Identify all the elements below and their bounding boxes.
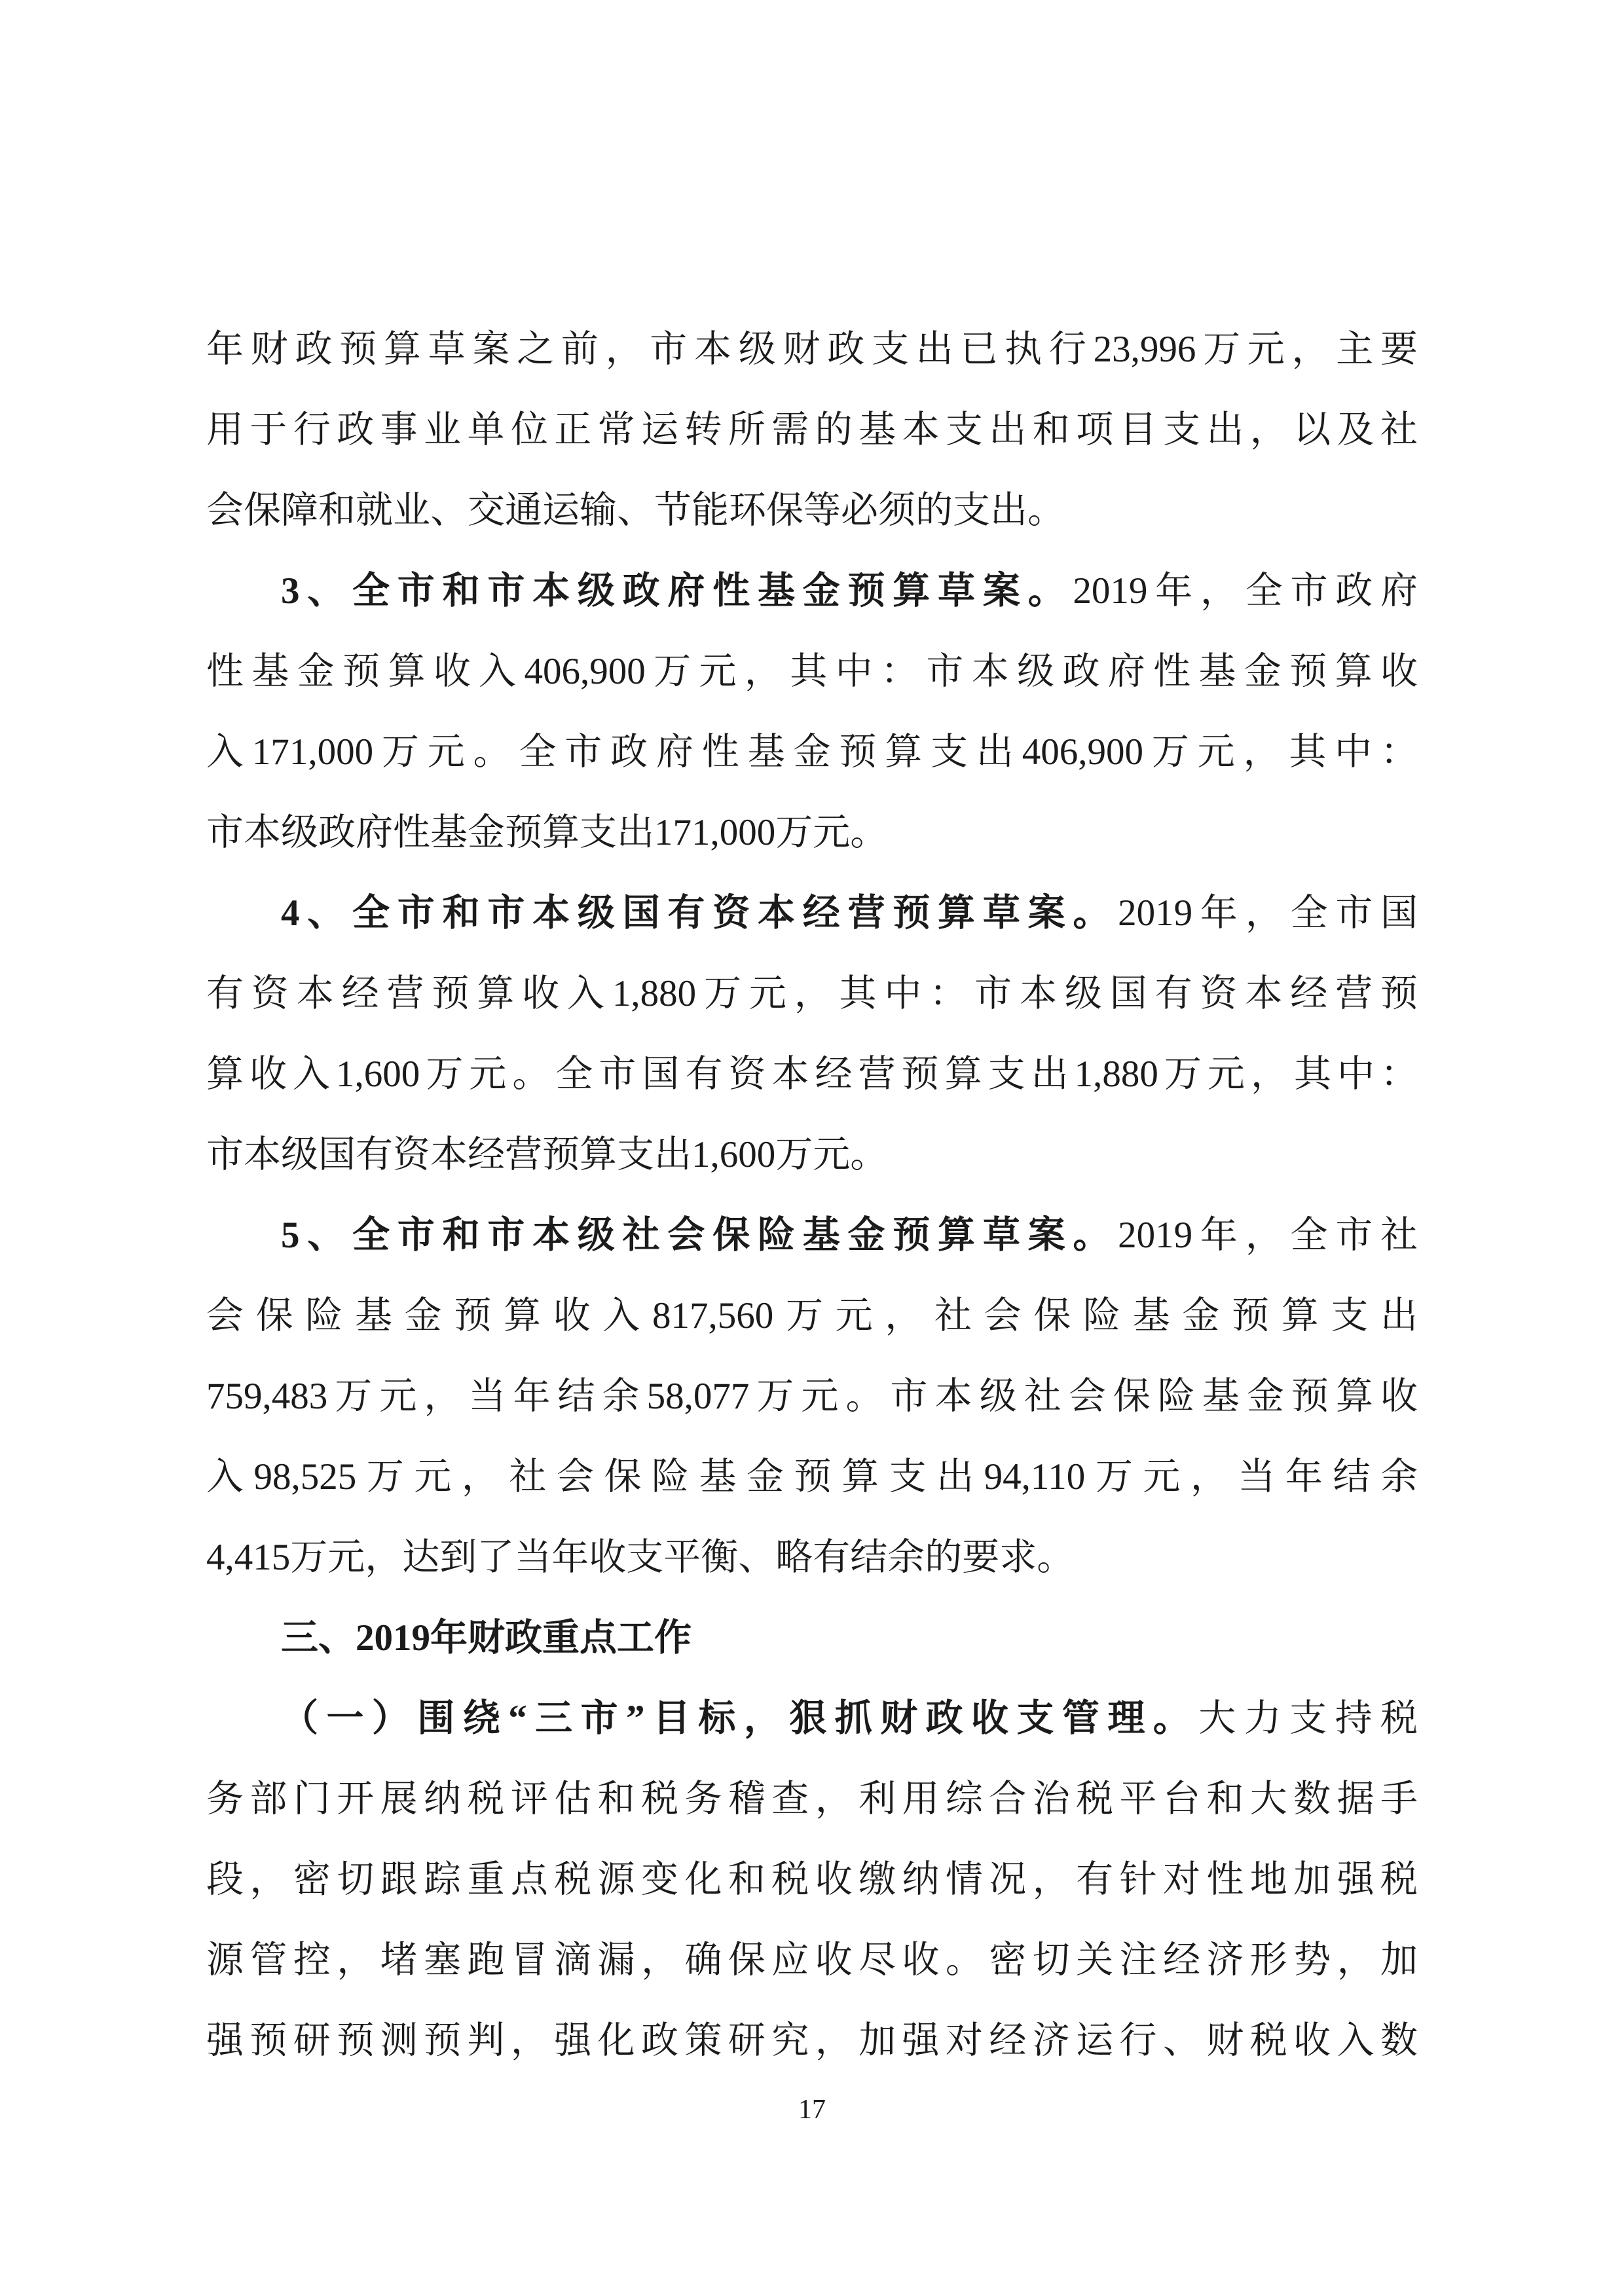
text-line: 4、全市和市本级国有资本经营预算草案。2019年，全市国 bbox=[206, 873, 1418, 953]
body-text: 算收入1,600万元。全市国有资本经营预算支出1,880万元，其中： bbox=[206, 1054, 1418, 1095]
page-number: 17 bbox=[0, 2094, 1624, 2125]
body-text: 入98,525万元，社会保险基金预算支出94,110万元，当年结余 bbox=[206, 1456, 1418, 1497]
body-text: 2019年，全市政府 bbox=[1073, 570, 1418, 612]
text-line: 5、全市和市本级社会保险基金预算草案。2019年，全市社 bbox=[206, 1195, 1418, 1276]
body-text: 性基金预算收入406,900万元，其中：市本级政府性基金预算收 bbox=[206, 651, 1418, 692]
body-text: 会保障和就业、交通运输、节能环保等必须的支出。 bbox=[206, 490, 1065, 531]
body-text: 务部门开展纳税评估和税务稽查，利用综合治税平台和大数据手 bbox=[206, 1778, 1418, 1820]
body-text: 强预研预测预判，强化政策研究，加强对经济运行、财税收入数 bbox=[206, 2020, 1418, 2061]
emphasis-text: 5、全市和市本级社会保险基金预算草案。 bbox=[281, 1215, 1118, 1256]
body-text: 有资本经营预算收入1,880万元，其中：市本级国有资本经营预 bbox=[206, 973, 1418, 1014]
emphasis-text: （一）围绕“三市”目标，狠抓财政收支管理。 bbox=[281, 1698, 1198, 1739]
emphasis-text: 三、2019年财政重点工作 bbox=[281, 1617, 692, 1659]
text-line: 务部门开展纳税评估和税务稽查，利用综合治税平台和大数据手 bbox=[206, 1759, 1418, 1839]
body-text: 入171,000万元。全市政府性基金预算支出406,900万元，其中： bbox=[206, 731, 1418, 773]
text-line: 会保险基金预算收入817,560万元，社会保险基金预算支出 bbox=[206, 1276, 1418, 1356]
body-text: 2019年，全市国 bbox=[1118, 892, 1418, 934]
text-line: 入98,525万元，社会保险基金预算支出94,110万元，当年结余 bbox=[206, 1437, 1418, 1517]
text-line: 年财政预算草案之前，市本级财政支出已执行23,996万元，主要 bbox=[206, 309, 1418, 390]
text-line: 市本级政府性基金预算支出171,000万元。 bbox=[206, 792, 1418, 873]
text-line: 入171,000万元。全市政府性基金预算支出406,900万元，其中： bbox=[206, 712, 1418, 792]
document-page: 年财政预算草案之前，市本级财政支出已执行23,996万元，主要用于行政事业单位正… bbox=[0, 0, 1624, 2295]
text-line: 759,483万元，当年结余58,077万元。市本级社会保险基金预算收 bbox=[206, 1356, 1418, 1437]
emphasis-text: 4、全市和市本级国有资本经营预算草案。 bbox=[281, 892, 1118, 934]
text-line: 用于行政事业单位正常运转所需的基本支出和项目支出，以及社 bbox=[206, 390, 1418, 470]
text-line: 性基金预算收入406,900万元，其中：市本级政府性基金预算收 bbox=[206, 631, 1418, 712]
text-line: 有资本经营预算收入1,880万元，其中：市本级国有资本经营预 bbox=[206, 953, 1418, 1034]
text-line: 4,415万元，达到了当年收支平衡、略有结余的要求。 bbox=[206, 1517, 1418, 1598]
body-text: 大力支持税 bbox=[1198, 1698, 1418, 1739]
body-text: 市本级国有资本经营预算支出1,600万元。 bbox=[206, 1134, 887, 1175]
body-text: 用于行政事业单位正常运转所需的基本支出和项目支出，以及社 bbox=[206, 409, 1418, 450]
body-text: 市本级政府性基金预算支出171,000万元。 bbox=[206, 812, 887, 853]
body-text: 段，密切跟踪重点税源变化和税收缴纳情况，有针对性地加强税 bbox=[206, 1859, 1418, 1900]
body-text: 源管控，堵塞跑冒滴漏，确保应收尽收。密切关注经济形势，加 bbox=[206, 1939, 1418, 1981]
text-line: 强预研预测预判，强化政策研究，加强对经济运行、财税收入数 bbox=[206, 2000, 1418, 2081]
text-line: 市本级国有资本经营预算支出1,600万元。 bbox=[206, 1114, 1418, 1195]
text-line: （一）围绕“三市”目标，狠抓财政收支管理。大力支持税 bbox=[206, 1678, 1418, 1759]
body-text: 年财政预算草案之前，市本级财政支出已执行23,996万元，主要 bbox=[206, 329, 1418, 370]
text-line: 算收入1,600万元。全市国有资本经营预算支出1,880万元，其中： bbox=[206, 1034, 1418, 1114]
emphasis-text: 3、全市和市本级政府性基金预算草案。 bbox=[281, 570, 1073, 612]
text-line: 会保障和就业、交通运输、节能环保等必须的支出。 bbox=[206, 470, 1418, 551]
text-line: 3、全市和市本级政府性基金预算草案。2019年，全市政府 bbox=[206, 551, 1418, 631]
body-text: 2019年，全市社 bbox=[1118, 1215, 1418, 1256]
body-text: 会保险基金预算收入817,560万元，社会保险基金预算支出 bbox=[206, 1295, 1418, 1336]
text-line: 源管控，堵塞跑冒滴漏，确保应收尽收。密切关注经济形势，加 bbox=[206, 1920, 1418, 2000]
document-body: 年财政预算草案之前，市本级财政支出已执行23,996万元，主要用于行政事业单位正… bbox=[206, 309, 1418, 2081]
body-text: 4,415万元，达到了当年收支平衡、略有结余的要求。 bbox=[206, 1537, 1074, 1578]
body-text: 759,483万元，当年结余58,077万元。市本级社会保险基金预算收 bbox=[206, 1376, 1418, 1417]
text-line: 段，密切跟踪重点税源变化和税收缴纳情况，有针对性地加强税 bbox=[206, 1839, 1418, 1920]
text-line: 三、2019年财政重点工作 bbox=[206, 1598, 1418, 1678]
